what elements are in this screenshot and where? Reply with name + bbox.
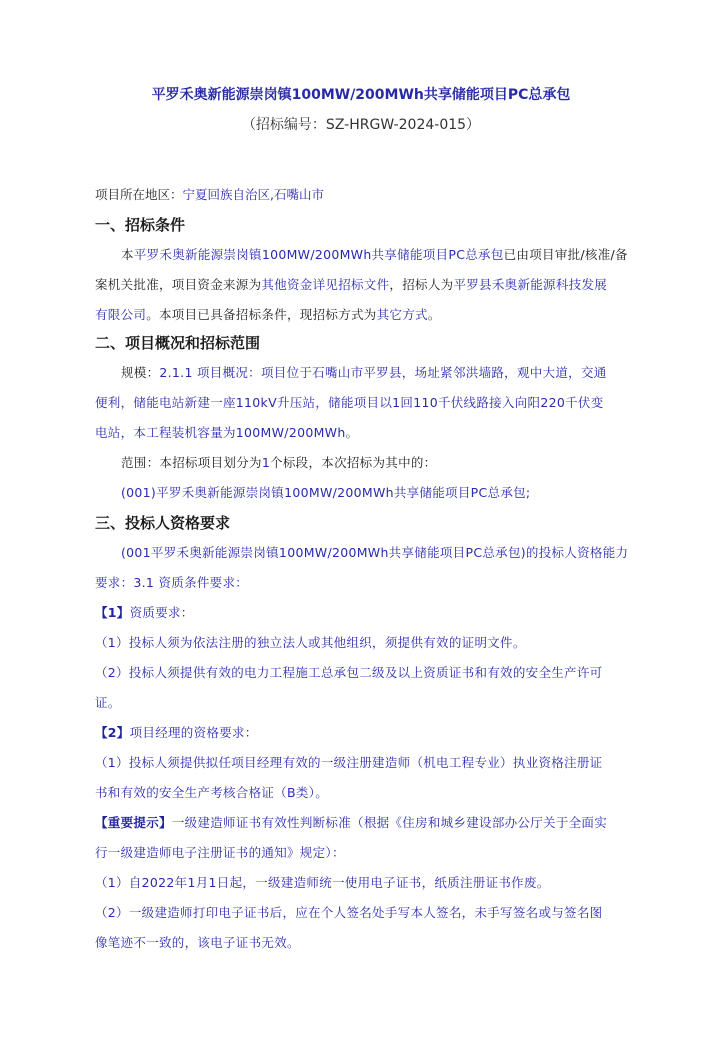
body-text: 案机关批准，项目资金来源为 bbox=[95, 277, 261, 292]
highlighted-text: 一级建造师证书有效性判断标准（根据《住房和城乡建设部办公厅关于全面实 bbox=[172, 815, 607, 830]
body-text: 规模： bbox=[121, 365, 159, 380]
highlighted-text: （1）自2022年1月1日起，一级建造师统一使用电子证书，纸质注册证书作废。 bbox=[95, 875, 550, 890]
highlighted-text: 电站，本工程装机容量为100MW/200MWh。 bbox=[95, 425, 358, 440]
highlighted-text: 要求：3.1 资质条件要求： bbox=[95, 575, 248, 590]
text-line: 本平罗禾奥新能源崇岗镇100MW/200MWh共享储能项目PC总承包已由项目审批… bbox=[95, 240, 627, 270]
text-line: 【1】资质要求： bbox=[95, 598, 627, 628]
text-line: （1）投标人须为依法注册的独立法人或其他组织，须提供有效的证明文件。 bbox=[95, 628, 627, 658]
highlighted-text: 平罗禾奥新能源崇岗镇100MW/200MWh共享储能项目PC总承包 bbox=[134, 247, 504, 262]
highlighted-text: 【重要提示】 bbox=[95, 815, 172, 830]
paragraph-qualification-intro: (001平罗禾奥新能源崇岗镇100MW/200MWh共享储能项目PC总承包)的投… bbox=[95, 538, 627, 598]
paragraph-req-1-item-1: （1）投标人须为依法注册的独立法人或其他组织，须提供有效的证明文件。 bbox=[95, 628, 627, 658]
highlighted-text: 平罗县禾奥新能源科技发展 bbox=[453, 277, 607, 292]
paragraph-req-2-title: 【2】项目经理的资格要求： bbox=[95, 718, 627, 748]
highlighted-text: 1 bbox=[262, 455, 270, 470]
highlighted-text: 像笔迹不一致的，该电子证书无效。 bbox=[95, 935, 300, 950]
region-label: 项目所在地区： bbox=[95, 187, 183, 202]
text-line: (001平罗禾奥新能源崇岗镇100MW/200MWh共享储能项目PC总承包)的投… bbox=[95, 538, 627, 568]
highlighted-text: 有限公司 bbox=[95, 307, 146, 322]
highlighted-text: （1）投标人须为依法注册的独立法人或其他组织，须提供有效的证明文件。 bbox=[95, 635, 526, 650]
text-line: 【重要提示】一级建造师证书有效性判断标准（根据《住房和城乡建设部办公厅关于全面实 bbox=[95, 808, 627, 838]
text-line: 范围：本招标项目划分为1个标段，本次招标为其中的： bbox=[95, 448, 627, 478]
highlighted-text: 其他资金详见招标文件 bbox=[261, 277, 389, 292]
paragraph-lot: (001)平罗禾奥新能源崇岗镇100MW/200MWh共享储能项目PC总承包; bbox=[95, 478, 627, 508]
text-line: 便利，储能电站新建一座110kV升压站，储能项目以1回110千伏线路接入向阳22… bbox=[95, 388, 627, 418]
highlighted-text: （1）投标人须提供拟任项目经理有效的一级注册建造师（机电工程专业）执业资格注册证 bbox=[95, 755, 602, 770]
body-text: 个标段，本次招标为其中的： bbox=[270, 455, 436, 470]
text-line: 行一级建造师电子注册证书的通知》规定）： bbox=[95, 838, 627, 868]
paragraph-scope: 范围：本招标项目划分为1个标段，本次招标为其中的： bbox=[95, 448, 627, 478]
region-value: 宁夏回族自治区,石嘴山市 bbox=[183, 187, 324, 202]
document-title: 平罗禾奥新能源崇岗镇100MW/200MWh共享储能项目PC总承包 bbox=[95, 84, 627, 106]
body-text: 。 bbox=[428, 307, 441, 322]
document-page: 平罗禾奥新能源崇岗镇100MW/200MWh共享储能项目PC总承包 （招标编号：… bbox=[95, 84, 627, 136]
text-line: 电站，本工程装机容量为100MW/200MWh。 bbox=[95, 418, 627, 448]
highlighted-text: 资质要求： bbox=[130, 605, 194, 620]
highlighted-text: 便利，储能电站新建一座110kV升压站，储能项目以1回110千伏线路接入向阳22… bbox=[95, 395, 604, 410]
highlighted-text: 【2】 bbox=[95, 725, 130, 740]
text-line: 要求：3.1 资质条件要求： bbox=[95, 568, 627, 598]
paragraph-req-2-item-1: （1）投标人须提供拟任项目经理有效的一级注册建造师（机电工程专业）执业资格注册证… bbox=[95, 748, 627, 808]
bid-number: （招标编号：SZ-HRGW-2024-015） bbox=[95, 114, 627, 136]
body-text: ，招标人为 bbox=[389, 277, 453, 292]
paragraph-bidding-conditions: 本平罗禾奥新能源崇岗镇100MW/200MWh共享储能项目PC总承包已由项目审批… bbox=[95, 240, 627, 330]
highlighted-text: 项目经理的资格要求： bbox=[130, 725, 258, 740]
body-text: 范围：本招标项目划分为 bbox=[121, 455, 262, 470]
highlighted-text: 2.1.1 项目概况：项目位于石嘴山市平罗县，场址紧邻洪墙路，观中大道，交通 bbox=[159, 365, 606, 380]
body-text: 本 bbox=[121, 247, 134, 262]
section-heading-bidding-conditions: 一、招标条件 bbox=[95, 214, 185, 236]
text-line: 书和有效的安全生产考核合格证（B类）。 bbox=[95, 778, 627, 808]
text-line: 证。 bbox=[95, 688, 627, 718]
paragraph-notice-item-2: （2）一级建造师打印电子证书后，应在个人签名处手写本人签名，未手写签名或与签名图… bbox=[95, 898, 627, 958]
text-line: 像笔迹不一致的，该电子证书无效。 bbox=[95, 928, 627, 958]
body-text: 。本项目已具备招标条件，现招标方式为 bbox=[146, 307, 376, 322]
highlighted-text: (001)平罗禾奥新能源崇岗镇100MW/200MWh共享储能项目PC总承包; bbox=[121, 485, 530, 500]
highlighted-text: 【1】 bbox=[95, 605, 130, 620]
highlighted-text: 其它方式 bbox=[377, 307, 428, 322]
paragraph-project-scale: 规模：2.1.1 项目概况：项目位于石嘴山市平罗县，场址紧邻洪墙路，观中大道，交… bbox=[95, 358, 627, 448]
highlighted-text: 行一级建造师电子注册证书的通知》规定）： bbox=[95, 845, 345, 860]
paragraph-req-1-item-2: （2）投标人须提供有效的电力工程施工总承包二级及以上资质证书和有效的安全生产许可… bbox=[95, 658, 627, 718]
section-heading-qualification: 三、投标人资格要求 bbox=[95, 512, 230, 534]
highlighted-text: 证。 bbox=[95, 695, 121, 710]
paragraph-notice-item-1: （1）自2022年1月1日起，一级建造师统一使用电子证书，纸质注册证书作废。 bbox=[95, 868, 627, 898]
section-heading-project-overview: 二、项目概况和招标范围 bbox=[95, 332, 260, 354]
body-text: 已由项目审批/核准/备 bbox=[504, 247, 627, 262]
text-line: 有限公司。本项目已具备招标条件，现招标方式为其它方式。 bbox=[95, 300, 627, 330]
paragraph-important-notice: 【重要提示】一级建造师证书有效性判断标准（根据《住房和城乡建设部办公厅关于全面实… bbox=[95, 808, 627, 868]
text-line: 【2】项目经理的资格要求： bbox=[95, 718, 627, 748]
paragraph-req-1-title: 【1】资质要求： bbox=[95, 598, 627, 628]
text-line: （1）自2022年1月1日起，一级建造师统一使用电子证书，纸质注册证书作废。 bbox=[95, 868, 627, 898]
text-line: （1）投标人须提供拟任项目经理有效的一级注册建造师（机电工程专业）执业资格注册证 bbox=[95, 748, 627, 778]
text-line: (001)平罗禾奥新能源崇岗镇100MW/200MWh共享储能项目PC总承包; bbox=[95, 478, 627, 508]
highlighted-text: (001平罗禾奥新能源崇岗镇100MW/200MWh共享储能项目PC总承包)的投… bbox=[121, 545, 627, 560]
text-line: 规模：2.1.1 项目概况：项目位于石嘴山市平罗县，场址紧邻洪墙路，观中大道，交… bbox=[95, 358, 627, 388]
highlighted-text: 书和有效的安全生产考核合格证（B类）。 bbox=[95, 785, 328, 800]
project-region: 项目所在地区：宁夏回族自治区,石嘴山市 bbox=[95, 185, 324, 205]
highlighted-text: （2）一级建造师打印电子证书后，应在个人签名处手写本人签名，未手写签名或与签名图 bbox=[95, 905, 602, 920]
text-line: （2）投标人须提供有效的电力工程施工总承包二级及以上资质证书和有效的安全生产许可 bbox=[95, 658, 627, 688]
text-line: （2）一级建造师打印电子证书后，应在个人签名处手写本人签名，未手写签名或与签名图 bbox=[95, 898, 627, 928]
highlighted-text: （2）投标人须提供有效的电力工程施工总承包二级及以上资质证书和有效的安全生产许可 bbox=[95, 665, 602, 680]
text-line: 案机关批准，项目资金来源为其他资金详见招标文件，招标人为平罗县禾奥新能源科技发展 bbox=[95, 270, 627, 300]
